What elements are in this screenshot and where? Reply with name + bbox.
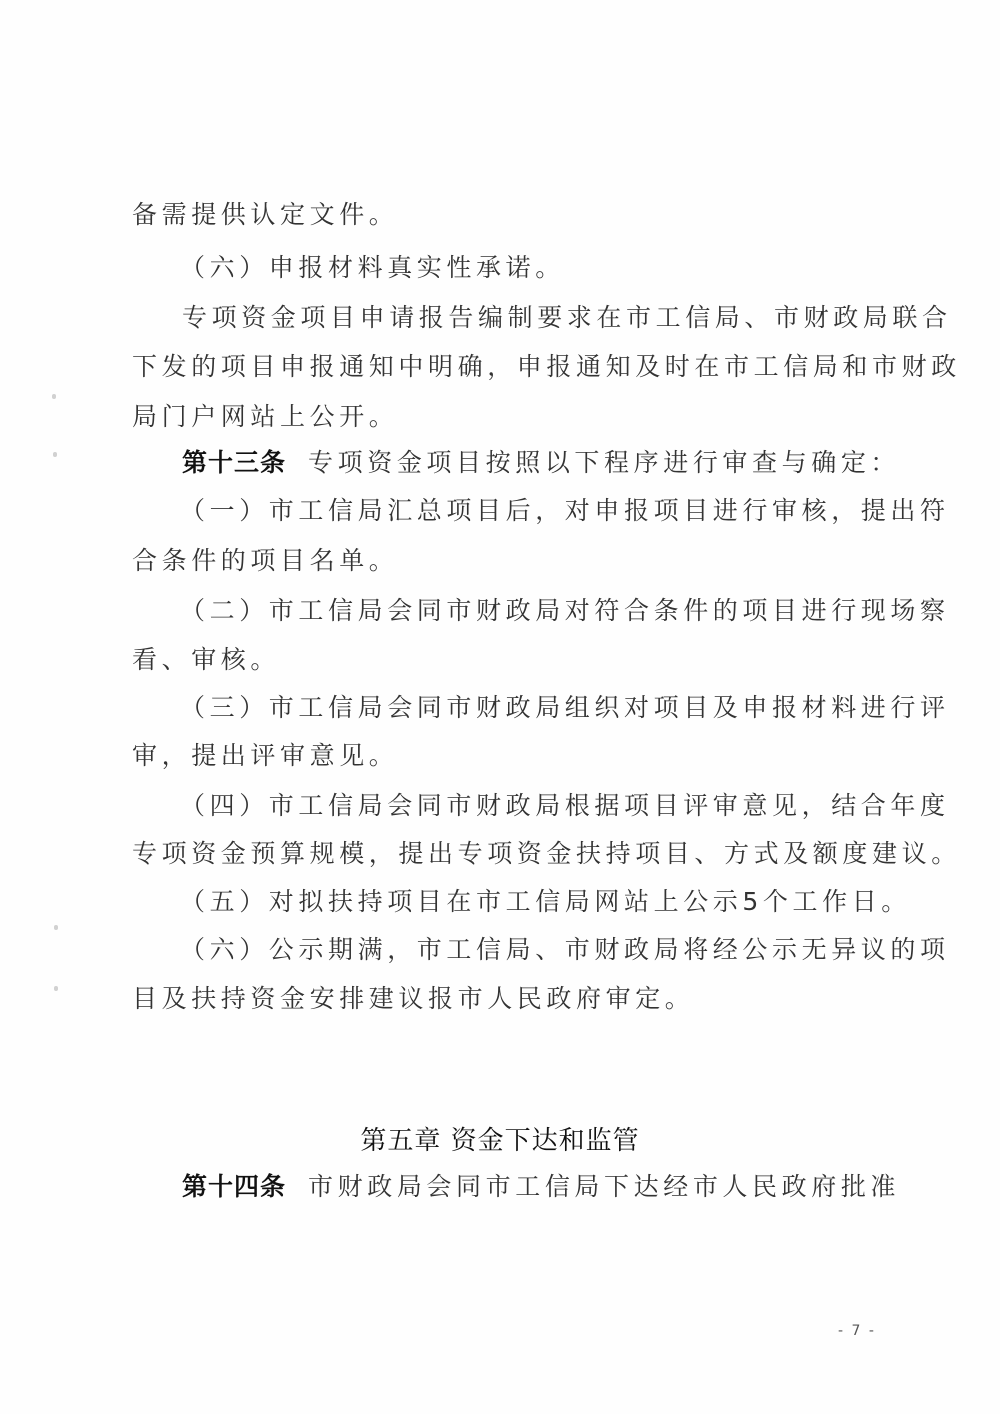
paragraph-line: 局门户网站上公开。 — [132, 402, 872, 432]
paragraph-line: 专项资金项目申请报告编制要求在市工信局、市财政局联合 — [182, 303, 922, 333]
article-13-item-4-cont: 专项资金预算规模，提出专项资金扶持项目、方式及额度建议。 — [132, 839, 872, 869]
article-13-item-5: （五）对拟扶持项目在市工信局网站上公示5个工作日。 — [180, 887, 920, 917]
scan-artifact — [52, 394, 56, 399]
paragraph-line: 备需提供认定文件。 — [132, 200, 872, 230]
article-13-item-4: （四）市工信局会同市财政局根据项目评审意见，结合年度 — [180, 791, 920, 821]
article-13-item-2-cont: 看、审核。 — [132, 645, 872, 675]
scan-artifact — [54, 925, 58, 930]
article-13-item-2: （二）市工信局会同市财政局对符合条件的项目进行现场察 — [180, 596, 920, 626]
document-page: 备需提供认定文件。 （六）申报材料真实性承诺。 专项资金项目申请报告编制要求在市… — [0, 0, 1000, 1414]
article-13-item-1-cont: 合条件的项目名单。 — [132, 546, 872, 576]
chapter-5-title: 第五章 资金下达和监管 — [0, 1125, 1000, 1157]
article-13-heading: 第十三条 — [182, 448, 286, 477]
article-13-item-3-cont: 审，提出评审意见。 — [132, 741, 872, 771]
article-13-item-1: （一）市工信局汇总项目后，对申报项目进行审核，提出符 — [180, 496, 920, 526]
article-14-heading: 第十四条 — [182, 1172, 286, 1201]
article-13-item-3: （三）市工信局会同市财政局组织对项目及申报材料进行评 — [180, 693, 920, 723]
scan-artifact — [54, 986, 58, 991]
article-14: 第十四条市财政局会同市工信局下达经市人民政府批准 — [182, 1172, 922, 1202]
paragraph-line: 下发的项目申报通知中明确，申报通知及时在市工信局和市财政 — [132, 352, 872, 382]
scan-artifact — [53, 452, 57, 457]
article-13-item-6-cont: 目及扶持资金安排建议报市人民政府审定。 — [132, 984, 872, 1014]
article-14-text: 市财政局会同市工信局下达经市人民政府批准 — [308, 1172, 900, 1201]
item-six-commitment: （六）申报材料真实性承诺。 — [180, 253, 920, 283]
article-13-intro: 专项资金项目按照以下程序进行审查与确定： — [308, 448, 900, 477]
page-number: - 7 - — [838, 1323, 876, 1339]
article-13-item-6: （六）公示期满，市工信局、市财政局将经公示无异议的项 — [180, 935, 920, 965]
article-13: 第十三条专项资金项目按照以下程序进行审查与确定： — [182, 448, 922, 478]
